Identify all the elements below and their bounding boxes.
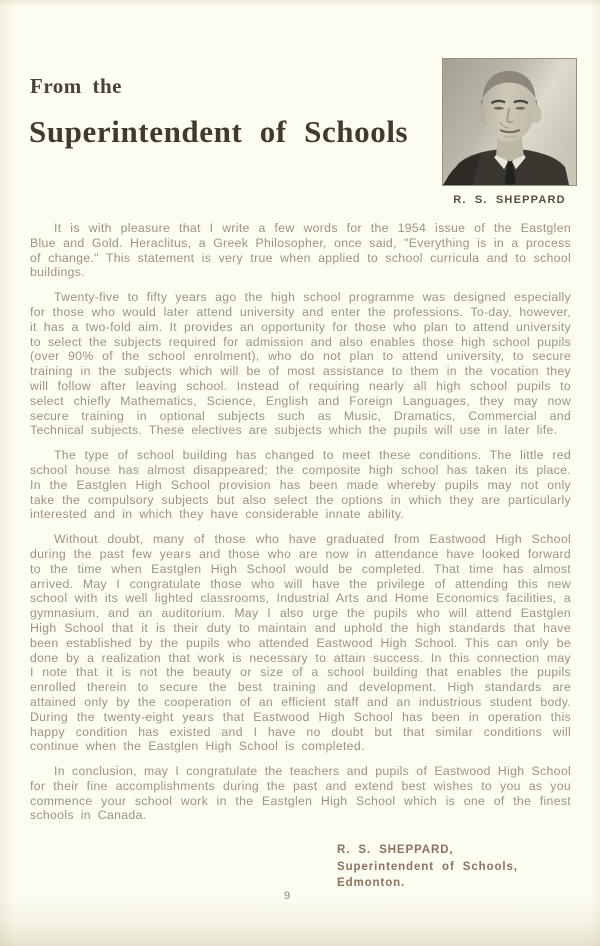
superintendent-photo-figure: R. S. SHEPPARD [442, 58, 577, 206]
paragraph-4: Without doubt, many of those who have gr… [30, 532, 571, 754]
yearbook-page: From the Superintendent of Schools [0, 0, 600, 946]
page-number: 9 [279, 890, 295, 902]
photo-caption: R. S. SHEPPARD [442, 194, 577, 206]
header-kicker: From the [30, 74, 122, 99]
page-title: Superintendent of Schools [29, 114, 408, 150]
paragraph-3: The type of school building has changed … [30, 448, 571, 522]
signature-role: Superintendent of Schools, [337, 859, 518, 876]
portrait-photo [442, 58, 577, 186]
paragraph-2: Twenty-five to fifty years ago the high … [30, 290, 571, 438]
signature-place: Edmonton. [337, 875, 518, 892]
signature-block: R. S. SHEPPARD, Superintendent of School… [337, 842, 518, 892]
article-body: It is with pleasure that I write a few w… [30, 221, 571, 833]
paragraph-5: In conclusion, may I congratulate the te… [30, 764, 571, 823]
paragraph-1: It is with pleasure that I write a few w… [30, 221, 571, 280]
signature-name: R. S. SHEPPARD, [337, 842, 518, 859]
